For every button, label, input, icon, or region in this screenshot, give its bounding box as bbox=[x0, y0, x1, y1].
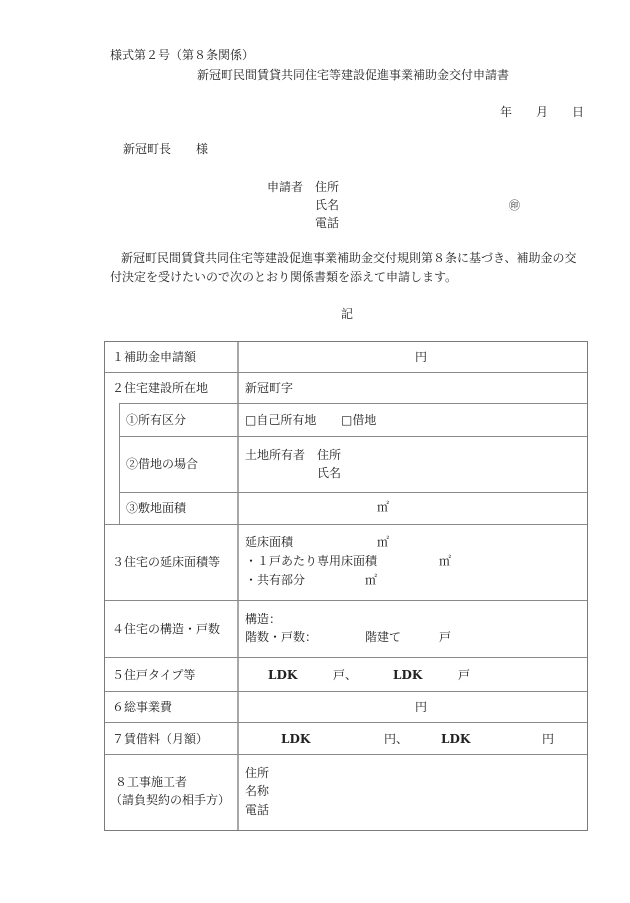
units-unit: 戸 bbox=[458, 668, 470, 682]
applicant-address-label: 住所 bbox=[315, 180, 339, 194]
body-text-line1: 新冠町民間賃貸共同住宅等建設促進事業補助金交付規則第８条に基づき、補助金の交 bbox=[121, 251, 577, 265]
sqm-unit: ㎡ bbox=[377, 535, 389, 549]
form-number: 様式第２号（第８条関係） bbox=[110, 48, 254, 62]
contractor-name-label: 名称 bbox=[245, 784, 269, 798]
date-month-label: 月 bbox=[536, 105, 548, 119]
date-day-label: 日 bbox=[572, 105, 584, 119]
yen-unit: 円、 bbox=[384, 732, 408, 746]
total-floor-area-label: 延床面積 bbox=[245, 535, 293, 549]
row-label: ③敷地面積 bbox=[126, 501, 186, 515]
shared-area-label: ・共有部分 bbox=[245, 573, 305, 587]
row-divider bbox=[105, 600, 587, 601]
addressee-honorific: 様 bbox=[196, 142, 208, 156]
row-label: ５住戸タイプ等 bbox=[112, 668, 195, 682]
land-owner-name-label: 氏名 bbox=[317, 466, 341, 480]
row-label: ②借地の場合 bbox=[126, 457, 198, 471]
sqm-unit: ㎡ bbox=[439, 554, 451, 568]
applicant-label: 申請者 bbox=[267, 180, 303, 194]
checkbox-own-land[interactable]: □自己所有地 bbox=[245, 413, 316, 427]
body-text-line2: 付決定を受けたいので次のとおり関係書類を添えて申請します。 bbox=[110, 270, 457, 284]
row-label-sub: （請負契約の相手方） bbox=[110, 793, 230, 807]
row-divider bbox=[119, 436, 587, 437]
floors-units-label: 階数・戸数： bbox=[245, 630, 317, 644]
yen-unit: 円 bbox=[415, 350, 427, 364]
application-table: １補助金申請額 円 ２住宅建設所在地 新冠町字 ①所有区分 □自己所有地 □借地… bbox=[104, 341, 588, 831]
location-value: 新冠町字 bbox=[245, 381, 293, 395]
checkbox-leased-land[interactable]: □借地 bbox=[341, 413, 376, 427]
row-divider bbox=[105, 754, 587, 755]
sqm-unit: ㎡ bbox=[365, 573, 377, 587]
row-label: ８工事施工者 bbox=[115, 775, 187, 789]
contractor-address-label: 住所 bbox=[245, 766, 269, 780]
floors-unit: 階建て bbox=[365, 630, 401, 644]
page-title: 新冠町民間賃貸共同住宅等建設促進事業補助金交付申請書 bbox=[197, 68, 509, 82]
row-label: ２住宅建設所在地 bbox=[112, 381, 208, 395]
row-label: ６総事業費 bbox=[112, 700, 172, 714]
row-divider bbox=[105, 657, 587, 658]
ki-heading: 記 bbox=[341, 307, 353, 321]
row-label: ３住宅の延床面積等 bbox=[112, 555, 220, 569]
row-divider bbox=[105, 372, 587, 373]
row-label: ７賃借料（月額） bbox=[112, 732, 208, 746]
yen-unit: 円 bbox=[542, 732, 554, 746]
units-unit: 戸 bbox=[439, 630, 451, 644]
column-divider bbox=[237, 342, 239, 830]
yen-unit: 円 bbox=[415, 700, 427, 714]
row-divider bbox=[119, 492, 587, 493]
ldk-type: LDK bbox=[441, 732, 470, 746]
contractor-phone-label: 電話 bbox=[245, 803, 269, 817]
per-unit-floor-area-label: ・１戸あたり専用床面積 bbox=[245, 554, 377, 568]
ldk-type: LDK bbox=[393, 668, 422, 682]
row-label: １補助金申請額 bbox=[112, 350, 196, 364]
ldk-type: LDK bbox=[268, 668, 297, 682]
row-divider bbox=[105, 524, 587, 525]
applicant-name-label: 氏名 bbox=[315, 198, 339, 212]
units-unit: 戸、 bbox=[333, 668, 357, 682]
ldk-type: LDK bbox=[281, 732, 310, 746]
row-divider bbox=[105, 722, 587, 723]
sqm-unit: ㎡ bbox=[377, 500, 389, 514]
structure-label: 構造： bbox=[245, 612, 281, 626]
row-divider bbox=[119, 403, 587, 404]
row-label: ①所有区分 bbox=[126, 413, 186, 427]
land-owner-address-label: 住所 bbox=[317, 448, 341, 462]
sub-row-border bbox=[119, 403, 120, 524]
addressee-name: 新冠町長 bbox=[123, 142, 171, 156]
date-year-label: 年 bbox=[500, 105, 512, 119]
applicant-phone-label: 電話 bbox=[315, 216, 339, 230]
seal-icon: ㊞ bbox=[509, 199, 520, 213]
land-owner-label: 土地所有者 bbox=[245, 448, 305, 462]
row-divider bbox=[105, 691, 587, 692]
row-label: ４住宅の構造・戸数 bbox=[112, 622, 220, 636]
